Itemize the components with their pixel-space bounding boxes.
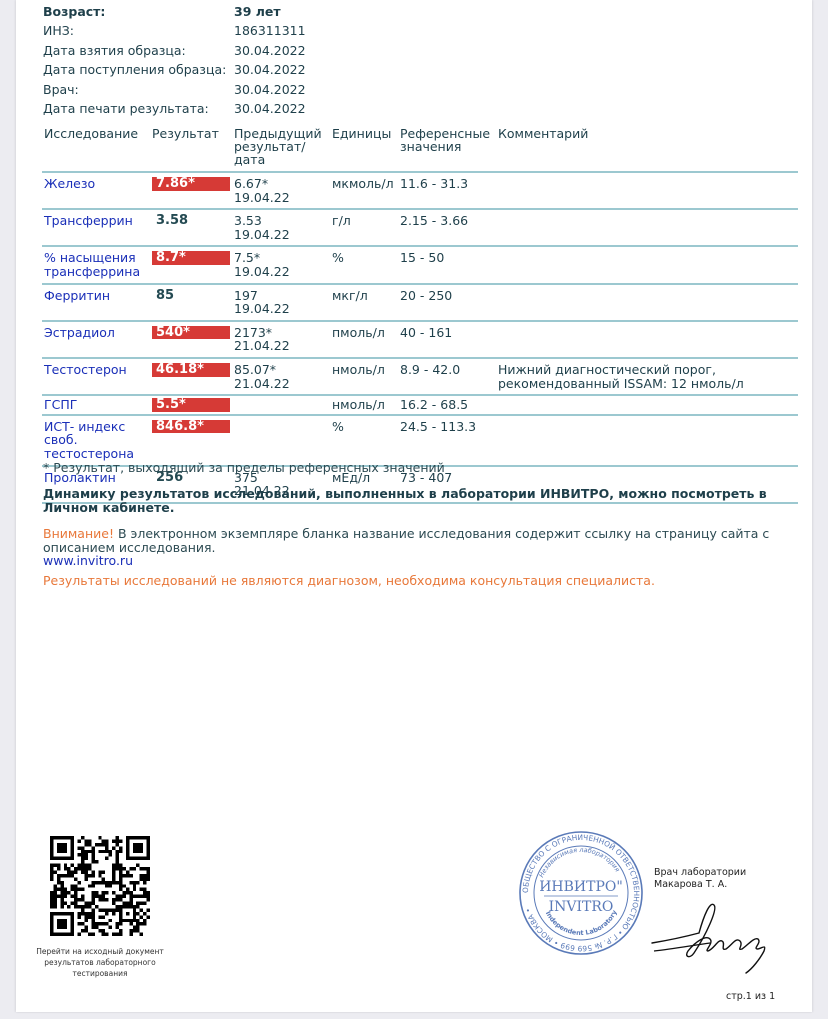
table-row: ИСТ- индекс своб. тестостерона846.8*%24.…: [42, 415, 798, 466]
reference-cell: 11.6 - 31.3: [398, 172, 496, 209]
test-name-link[interactable]: Трансферрин: [44, 213, 133, 228]
test-name-link[interactable]: Железо: [44, 176, 95, 191]
units-cell: мкг/л: [330, 284, 398, 321]
header-comment: Комментарий: [496, 124, 798, 172]
header-result: Результат: [150, 124, 232, 172]
previous-date: 19.04.22: [234, 228, 330, 242]
previous-date: 19.04.22: [234, 302, 330, 316]
units-cell: %: [330, 246, 398, 283]
patient-info-value: 30.04.2022: [234, 60, 306, 79]
patient-info-label: ИНЗ:: [43, 21, 74, 40]
previous-value: 2173*: [234, 326, 330, 340]
patient-info-value: 186311311: [234, 21, 306, 40]
page-number: стр.1 из 1: [726, 991, 775, 1002]
out-of-range-footnote: * Результат, выходящий за пределы рефере…: [43, 460, 445, 475]
abnormal-result-badge: 540*: [152, 326, 230, 340]
table-row: ГСПГ5.5*нмоль/л16.2 - 68.5: [42, 395, 798, 415]
patient-info-label: Дата печати результата:: [43, 99, 209, 118]
test-name-link[interactable]: Ферритин: [44, 288, 110, 303]
test-name-link[interactable]: Тестостерон: [44, 362, 127, 377]
previous-result-cell: 7.5*19.04.22: [232, 246, 330, 283]
previous-result-cell: 3.5319.04.22: [232, 209, 330, 246]
units-cell: пмоль/л: [330, 321, 398, 358]
doctor-title: Врач лаборатории: [654, 867, 746, 879]
reference-cell: 24.5 - 113.3: [398, 415, 496, 466]
qr-code-icon[interactable]: [50, 836, 150, 936]
patient-info-value: 30.04.2022: [234, 99, 306, 118]
header-previous: Предыдущий результат/дата: [232, 124, 330, 172]
header-reference: Референсные значения: [398, 124, 496, 172]
comment-cell: [496, 321, 798, 358]
comment-cell: [496, 395, 798, 415]
reference-cell: 16.2 - 68.5: [398, 395, 496, 415]
abnormal-result-badge: 8.7*: [152, 251, 230, 265]
table-row: Трансферрин3.583.5319.04.22г/л2.15 - 3.6…: [42, 209, 798, 246]
patient-info-value: 30.04.2022: [234, 41, 306, 60]
patient-info-label: Возраст:: [43, 2, 105, 21]
comment-cell: Нижний диагностический порог, рекомендов…: [496, 358, 798, 395]
patient-info-label: Дата взятия образца:: [43, 41, 186, 60]
previous-value: 7.5*: [234, 251, 330, 265]
diagnosis-disclaimer: Результаты исследований не являются диаг…: [43, 573, 655, 588]
results-table: Исследование Результат Предыдущий резуль…: [42, 124, 798, 504]
previous-result-cell: [232, 395, 330, 415]
units-cell: %: [330, 415, 398, 466]
table-row: Железо7.86*6.67*19.04.22мкмоль/л11.6 - 3…: [42, 172, 798, 209]
previous-value: 6.67*: [234, 177, 330, 191]
dynamics-note: Динамику результатов исследований, выпол…: [43, 487, 783, 515]
previous-date: 19.04.22: [234, 265, 330, 279]
previous-result-cell: [232, 415, 330, 466]
units-cell: нмоль/л: [330, 358, 398, 395]
reference-cell: 8.9 - 42.0: [398, 358, 496, 395]
comment-cell: [496, 209, 798, 246]
test-name-link[interactable]: % насыщения трансферрина: [44, 250, 140, 279]
result-value: 3.58: [152, 214, 230, 228]
units-cell: мкмоль/л: [330, 172, 398, 209]
previous-date: 19.04.22: [234, 191, 330, 205]
test-name-link[interactable]: ИСТ- индекс своб. тестостерона: [44, 419, 134, 461]
abnormal-result-badge: 7.86*: [152, 177, 230, 191]
lab-report-page: Возраст:39 летИНЗ:186311311Дата взятия о…: [16, 0, 812, 1012]
stamp-brand-latin: INVITRO: [549, 899, 614, 915]
table-header-row: Исследование Результат Предыдущий резуль…: [42, 124, 798, 172]
abnormal-result-badge: 46.18*: [152, 363, 230, 377]
qr-caption: Перейти на исходный документ результатов…: [30, 946, 170, 979]
comment-cell: [496, 246, 798, 283]
header-test: Исследование: [42, 124, 150, 172]
previous-result-cell: 19719.04.22: [232, 284, 330, 321]
abnormal-result-badge: 5.5*: [152, 398, 230, 412]
table-row: Тестостерон46.18*85.07*21.04.22нмоль/л8.…: [42, 358, 798, 395]
previous-value: 85.07*: [234, 363, 330, 377]
doctor-block: Врач лаборатории Макарова Т. А.: [654, 867, 746, 891]
previous-value: 3.53: [234, 214, 330, 228]
comment-cell: [496, 415, 798, 466]
units-cell: г/л: [330, 209, 398, 246]
previous-date: 21.04.22: [234, 339, 330, 353]
previous-result-cell: 2173*21.04.22: [232, 321, 330, 358]
attention-note: Внимание! В электронном экземпляре бланк…: [43, 527, 803, 554]
previous-date: 21.04.22: [234, 377, 330, 391]
comment-cell: [496, 284, 798, 321]
previous-result-cell: 85.07*21.04.22: [232, 358, 330, 395]
comment-cell: [496, 172, 798, 209]
test-name-link[interactable]: ГСПГ: [44, 397, 77, 412]
previous-result-cell: 6.67*19.04.22: [232, 172, 330, 209]
website-link[interactable]: www.invitro.ru: [43, 553, 133, 568]
patient-info-label: Врач:: [43, 80, 79, 99]
reference-cell: 15 - 50: [398, 246, 496, 283]
previous-value: 197: [234, 289, 330, 303]
patient-info-value: 39 лет: [234, 2, 281, 21]
stamp-brand-cyrillic: ИНВИТРО": [539, 879, 623, 895]
test-name-link[interactable]: Эстрадиол: [44, 325, 115, 340]
reference-cell: 40 - 161: [398, 321, 496, 358]
reference-cell: 2.15 - 3.66: [398, 209, 496, 246]
patient-info-value: 30.04.2022: [234, 80, 306, 99]
units-cell: нмоль/л: [330, 395, 398, 415]
reference-cell: 20 - 250: [398, 284, 496, 321]
laboratory-stamp-icon: ОБЩЕСТВО С ОГРАНИЧЕННОЙ ОТВЕТСТВЕННОСТЬЮ…: [518, 830, 644, 956]
table-row: Эстрадиол540*2173*21.04.22пмоль/л40 - 16…: [42, 321, 798, 358]
patient-info-label: Дата поступления образца:: [43, 60, 226, 79]
table-row: Ферритин8519719.04.22мкг/л20 - 250: [42, 284, 798, 321]
header-units: Единицы: [330, 124, 398, 172]
doctor-name: Макарова Т. А.: [654, 879, 746, 891]
abnormal-result-badge: 846.8*: [152, 420, 230, 434]
table-row: % насыщения трансферрина8.7*7.5*19.04.22…: [42, 246, 798, 283]
signature-icon: [644, 895, 784, 975]
result-value: 85: [152, 289, 230, 303]
attention-text: В электронном экземпляре бланка название…: [43, 526, 769, 555]
